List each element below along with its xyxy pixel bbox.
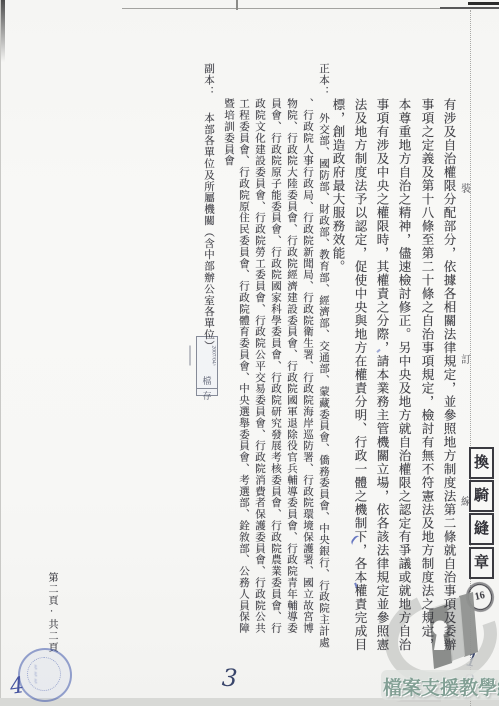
scanned-document-page: 裝 訂 線 換 騎 縫 章 16 2007/04/02 檔 存 第二頁·共二頁 … bbox=[0, 0, 499, 706]
top-rule-line-dark-segment bbox=[440, 7, 499, 9]
recipients-column-3: 物院、行政院大陸委員會、行政院經濟建設委員會、行政院國軍退除役官兵輔導委員會、行… bbox=[283, 98, 299, 634]
seam-stamp-char-3: 縫 bbox=[469, 513, 494, 545]
recipients-column-6: 工程委員會、行政院原住民委員會、行政院體育委員會、中央選舉委員會、考選部、銓敘部… bbox=[235, 98, 251, 634]
body-column-5: 法及地方制度法予以認定，促使中央與地方在權責分明、行政一體之機制下，各本權責完成… bbox=[349, 98, 371, 652]
scanner-bottom-strip bbox=[0, 698, 499, 706]
body-column-4: 事項有涉及中央之權限時，其權責之分際，請本業務主管機關立場，依各該法律規定並參照… bbox=[371, 98, 393, 652]
copy-to-column: 副本：本部各單位及所屬機關（含中部辦公室各單位） bbox=[200, 63, 216, 352]
page-left-edge bbox=[0, 0, 1, 706]
body-column-3: 本尊重地方自治之精神，儘速檢討修正。另中央及地方就自治權限之認定有爭議或就地方自… bbox=[393, 98, 415, 652]
seam-stamp-char-2: 騎 bbox=[469, 480, 494, 512]
recipients-column-5: 政院文化建設委員會、行政院勞工委員會、行政院公平交易委員會、行政院消費者保護委員… bbox=[251, 98, 267, 634]
recipients-column-2: 、行政院人事行政局、行政院新聞局、行政院衛生署、行政院海岸巡防署、行政院環境保護… bbox=[299, 98, 315, 634]
handwritten-number-center: 3 bbox=[221, 664, 238, 693]
body-column-2: 事項之定義及第十八條至第二十條之自治事項規定，檢討有無不符憲法及地方制度法之規定… bbox=[416, 98, 438, 652]
top-center-tick bbox=[236, 0, 238, 10]
recipients-column-7: 暨培訓委員會 bbox=[220, 98, 236, 166]
recipients-column-4: 員會、行政院原子能委員會、行政院國家科學委員會、行政院研究發展考核委員會、行政院… bbox=[267, 98, 283, 634]
handwritten-number-right: 1 8 bbox=[461, 649, 499, 696]
registry-stamp-box1: 檔 bbox=[197, 374, 217, 389]
recipients-column-1-label: 正本： bbox=[318, 63, 329, 97]
scan-artifact-top-right bbox=[468, 2, 499, 5]
seam-stamp-char-1: 換 bbox=[469, 447, 494, 479]
binding-char-zhuang: 裝 bbox=[459, 180, 473, 195]
page-number-label: 第二頁·共二頁 bbox=[44, 572, 58, 654]
seam-stamp-char-4: 章 bbox=[469, 547, 494, 579]
copy-to-column-label: 副本： bbox=[203, 63, 214, 97]
binding-char-ding: 訂 bbox=[459, 351, 473, 366]
blue-round-stamp: 〻〻〻 bbox=[18, 648, 72, 702]
registry-stamp-box2: 存 bbox=[197, 389, 217, 403]
body-column-1: 有涉及自治權限分配部分，依據各相關法律規定，並參照地方制度法第二條就自治事項及委… bbox=[438, 98, 460, 652]
recipients-column-1: 正本：外交部、國防部、財政部、教育部、經濟部、交通部、蒙藏委員會、僑務委員會、中… bbox=[315, 63, 331, 648]
blue-round-stamp-glyphs: 〻〻〻 bbox=[30, 664, 39, 685]
